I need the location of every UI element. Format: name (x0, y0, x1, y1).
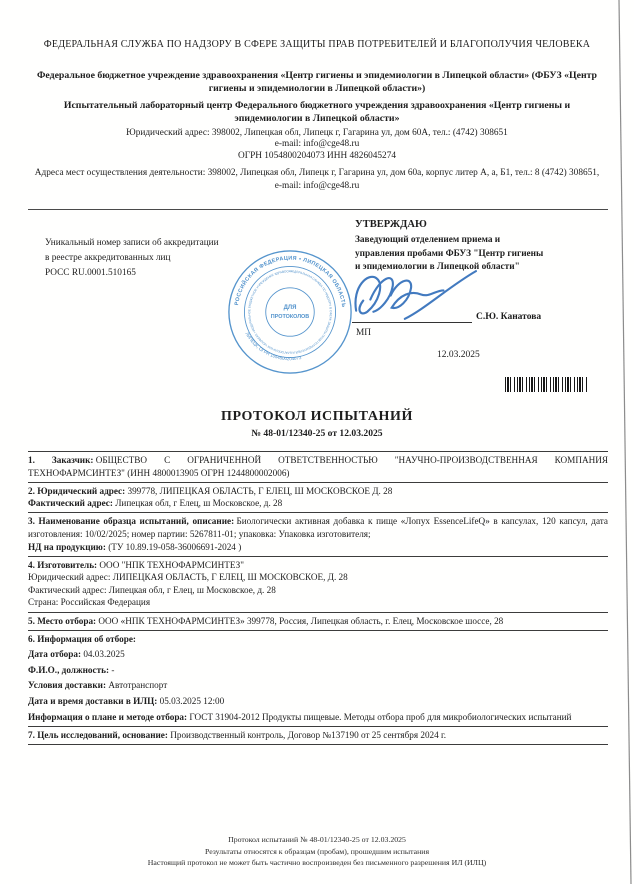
field-label: Информация о плане и методе отбора: (28, 712, 187, 722)
field-row: Ф.И.О., должность:- (28, 664, 608, 677)
section-label: 5. Место отбора: (28, 616, 96, 626)
field-value: Автотранспорт (108, 680, 167, 690)
field-label: 2. Юридический адрес: (28, 486, 125, 496)
header-legal-address: Юридический адрес: 398002, Липецкая обл,… (30, 127, 604, 139)
header-email: e-mail: info@cge48.ru (30, 139, 604, 149)
accreditation-number: РОСС RU.0001.510165 (45, 266, 219, 281)
section-sampling-place: 5. Место отбора:ООО «НПК ТЕХНОФАРМСИНТЕЗ… (28, 612, 608, 630)
field-label: Фактический адрес: (28, 585, 107, 595)
signature-image (348, 268, 480, 324)
field-row: Дата и время доставки в ИЛЦ:05.03.2025 1… (28, 695, 608, 708)
approval-date: 12.03.2025 (437, 350, 480, 360)
field-label: Страна: (28, 597, 58, 607)
field-label: Условия доставки: (28, 680, 106, 690)
field-row: НД на продукцию:(ТУ 10.89.19-058-3600669… (28, 541, 608, 554)
section-label: 1. Заказчик: (28, 455, 93, 465)
header-agency: ФЕДЕРАЛЬНАЯ СЛУЖБА ПО НАДЗОРУ В СФЕРЕ ЗА… (30, 38, 604, 51)
approval-position-line: Заведующий отделением приема и (355, 234, 607, 248)
approval-title: УТВЕРЖДАЮ (355, 219, 607, 230)
field-row: Дата отбора:04.03.2025 (28, 648, 608, 661)
field-label: Юридический адрес: (28, 572, 110, 582)
field-label: Дата и время доставки в ИЛЦ: (28, 696, 157, 706)
section-legal-address: 2. Юридический адрес:399778, ЛИПЕЦКАЯ ОБ… (28, 482, 608, 513)
section-value: Производственный контроль, Договор №1371… (170, 730, 446, 740)
header-ogrn-inn: ОГРН 1054800204073 ИНН 4826045274 (30, 151, 604, 161)
field-value: ГОСТ 31904-2012 Продукты пищевые. Методы… (189, 712, 571, 722)
footer-note: Результаты относятся к образцам (пробам)… (0, 846, 634, 858)
protocol-document-page: ФЕДЕРАЛЬНАЯ СЛУЖБА ПО НАДЗОРУ В СФЕРЕ ЗА… (0, 0, 634, 884)
field-value: Российская Федерация (61, 597, 150, 607)
stamp-place-label: МП (356, 328, 371, 338)
section-sampling-info: 6. Информация об отборе: Дата отбора:04.… (28, 630, 608, 726)
field-row: 2. Юридический адрес:399778, ЛИПЕЦКАЯ ОБ… (28, 485, 608, 498)
field-value: 05.03.2025 12:00 (160, 696, 225, 706)
official-stamp: РОССИЙСКАЯ ФЕДЕРАЦИЯ • ЛИПЕЦКАЯ ОБЛАСТЬ … (226, 248, 354, 376)
field-value: Липецкая обл, г Елец, ш Московское, д. 2… (109, 585, 276, 595)
section-customer: 1. Заказчик:ОБЩЕСТВО С ОГРАНИЧЕННОЙ ОТВЕ… (28, 451, 608, 482)
footer-protocol-ref: Протокол испытаний № 48-01/12340-25 от 1… (0, 834, 634, 846)
field-value: 04.03.2025 (83, 649, 124, 659)
section-value: ООО «НПК ТЕХНОФАРМСИНТЕЗ» 399778, Россия… (98, 616, 503, 626)
accreditation-line: Уникальный номер записи об аккредитации (45, 236, 219, 251)
field-label: 3. Наименование образца испытаний, описа… (28, 516, 234, 526)
header-divider (28, 209, 608, 210)
field-row: Юридический адрес:ЛИПЕЦКАЯ ОБЛАСТЬ, Г ЕЛ… (28, 571, 608, 584)
footer-note: Настоящий протокол не может быть частичн… (0, 857, 634, 869)
document-number: № 48-01/12340-25 от 12.03.2025 (0, 428, 634, 439)
section-manufacturer: 4. Изготовитель:ООО "НПК ТЕХНОФАРМСИНТЕЗ… (28, 556, 608, 612)
section-value: ОБЩЕСТВО С ОГРАНИЧЕННОЙ ОТВЕТСТВЕННОСТЬЮ… (28, 455, 608, 478)
field-label: 4. Изготовитель: (28, 560, 97, 570)
field-row: 3. Наименование образца испытаний, описа… (28, 515, 608, 540)
field-row: Страна:Российская Федерация (28, 596, 608, 609)
section-heading: 6. Информация об отборе: (28, 633, 608, 646)
field-value: Липецкая обл, г Елец, ш Московское, д. 2… (115, 498, 282, 508)
field-value: (ТУ 10.89.19-058-36006691-2024 ) (108, 542, 241, 552)
field-value: ЛИПЕЦКАЯ ОБЛАСТЬ, Г ЕЛЕЦ, Ш МОСКОВСКОЕ, … (113, 572, 348, 582)
field-row: Условия доставки:Автотранспорт (28, 679, 608, 692)
header-lab-center: Испытательный лабораторный центр Федерал… (30, 100, 604, 125)
field-row: Фактический адрес:Липецкая обл, г Елец, … (28, 584, 608, 597)
protocol-sections: 1. Заказчик:ОБЩЕСТВО С ОГРАНИЧЕННОЙ ОТВЕ… (28, 451, 608, 745)
field-label: НД на продукцию: (28, 542, 106, 552)
header-activity-addresses: Адреса мест осуществления деятельности: … (30, 167, 604, 193)
field-row: 4. Изготовитель:ООО "НПК ТЕХНОФАРМСИНТЕЗ… (28, 559, 608, 572)
signature-line (352, 322, 472, 323)
field-value: 399778, ЛИПЕЦКАЯ ОБЛАСТЬ, Г ЕЛЕЦ, Ш МОСК… (127, 486, 392, 496)
header-organization: Федеральное бюджетное учреждение здравоо… (30, 70, 604, 95)
accreditation-block: Уникальный номер записи об аккредитации … (45, 236, 219, 281)
signer-name: С.Ю. Канатова (476, 312, 541, 322)
section-purpose: 7. Цель исследований, основание:Производ… (28, 726, 608, 745)
field-value: - (111, 665, 114, 675)
field-label: Дата отбора: (28, 649, 81, 659)
section-sample: 3. Наименование образца испытаний, описа… (28, 512, 608, 555)
approval-position-line: управления пробами ФБУЗ "Центр гигиены (355, 248, 607, 262)
barcode (505, 377, 589, 392)
accreditation-line: в реестре аккредитованных лиц (45, 251, 219, 266)
field-label: Ф.И.О., должность: (28, 665, 109, 675)
field-label: Фактический адрес: (28, 498, 113, 508)
field-row: Информация о плане и методе отбора:ГОСТ … (28, 711, 608, 724)
stamp-center-line2: ПРОТОКОЛОВ (271, 314, 309, 320)
section-label: 7. Цель исследований, основание: (28, 730, 168, 740)
page-footer: Протокол испытаний № 48-01/12340-25 от 1… (0, 834, 634, 869)
field-value: ООО "НПК ТЕХНОФАРМСИНТЕЗ" (99, 560, 244, 570)
field-row: Фактический адрес:Липецкая обл, г Елец, … (28, 497, 608, 510)
stamp-center-line1: ДЛЯ (284, 305, 297, 311)
document-title: ПРОТОКОЛ ИСПЫТАНИЙ (0, 409, 634, 425)
approval-block: УТВЕРЖДАЮ Заведующий отделением приема и… (355, 219, 607, 275)
